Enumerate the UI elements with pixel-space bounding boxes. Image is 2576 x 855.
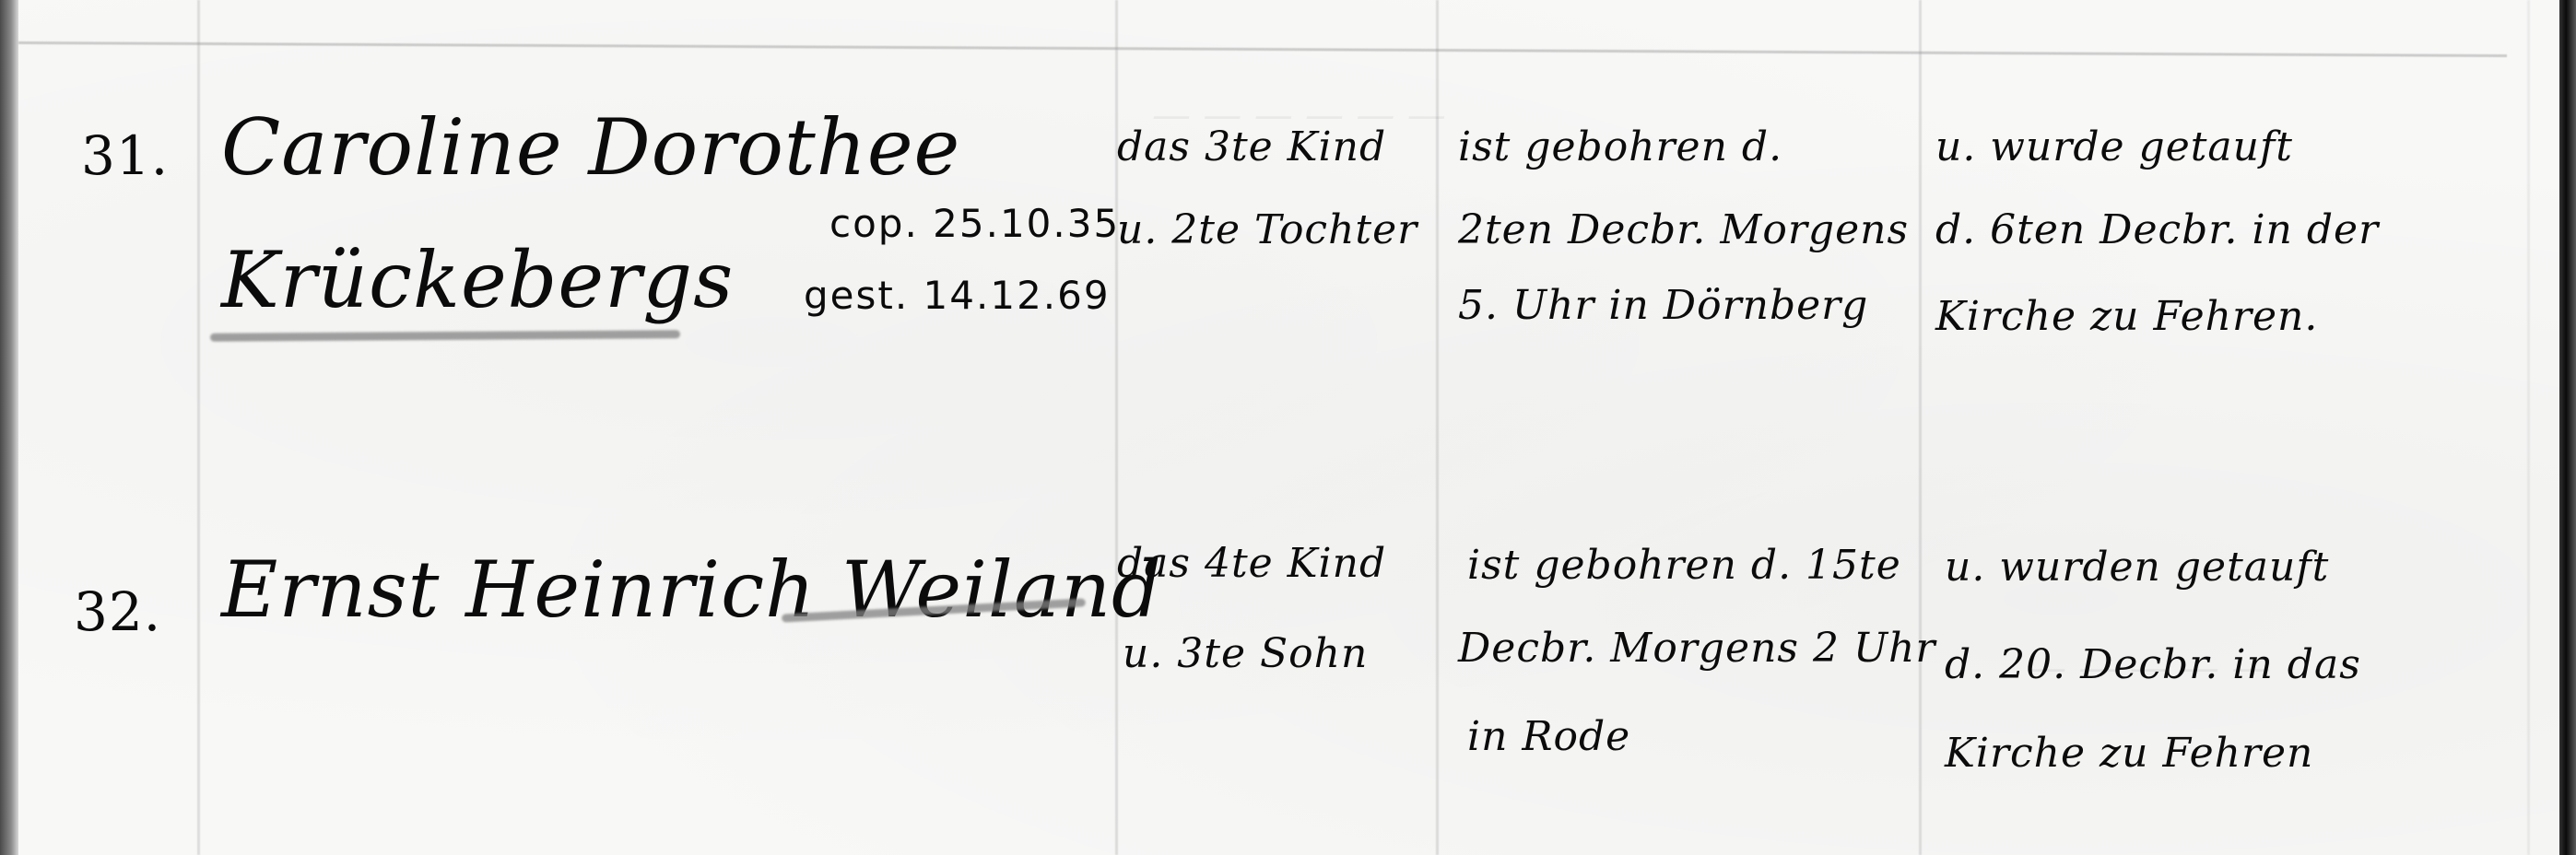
column-divider-baptism xyxy=(2527,0,2530,855)
child-order-line: u. 3te Sohn xyxy=(1123,634,1368,674)
birth-detail-line: 2ten Decbr. Morgens xyxy=(1458,210,1909,251)
right-binding-edge xyxy=(2559,0,2576,855)
birth-detail-line: ist gebohren d. 15te xyxy=(1467,545,1901,586)
child-order-line: das 4te Kind xyxy=(1117,544,1386,584)
child-surname: Krückebergs xyxy=(221,241,734,319)
marriage-annotation: cop. 25.10.35 xyxy=(829,205,1120,243)
child-order-line: das 3te Kind xyxy=(1117,127,1386,168)
entry-number: 31. xyxy=(81,129,169,182)
birth-detail-line: Decbr. Morgens 2 Uhr xyxy=(1458,628,1935,669)
birth-detail-line: 5. Uhr in Dörnberg xyxy=(1458,286,1868,326)
pencil-underline xyxy=(210,330,680,342)
baptism-detail-line: u. wurde getauft xyxy=(1935,127,2293,168)
column-divider-birth xyxy=(1919,0,1922,855)
baptism-detail-line: Kirche zu Fehren. xyxy=(1935,297,2318,337)
register-page: — — — — — — — — — — — 31. Caroline Dorot… xyxy=(0,0,2576,855)
left-binding-edge xyxy=(0,0,18,855)
baptism-detail-line: d. 20. Decbr. in das xyxy=(1945,645,2361,685)
child-order-line: u. 2te Tochter xyxy=(1117,210,1417,251)
top-ruling-line xyxy=(18,41,2507,57)
baptism-detail-line: Kirche zu Fehren xyxy=(1945,733,2313,774)
birth-detail-line: ist gebohren d. xyxy=(1458,127,1782,168)
death-annotation: gest. 14.12.69 xyxy=(804,276,1111,315)
baptism-detail-line: d. 6ten Decbr. in der xyxy=(1935,210,2379,251)
child-full-name: Ernst Heinrich Weiland xyxy=(221,551,1162,628)
entry-number: 32. xyxy=(74,585,161,638)
birth-detail-line: in Rode xyxy=(1467,717,1630,757)
child-given-names: Caroline Dorothee xyxy=(221,109,960,186)
baptism-detail-line: u. wurden getauft xyxy=(1945,547,2329,588)
column-divider-number xyxy=(197,0,200,855)
